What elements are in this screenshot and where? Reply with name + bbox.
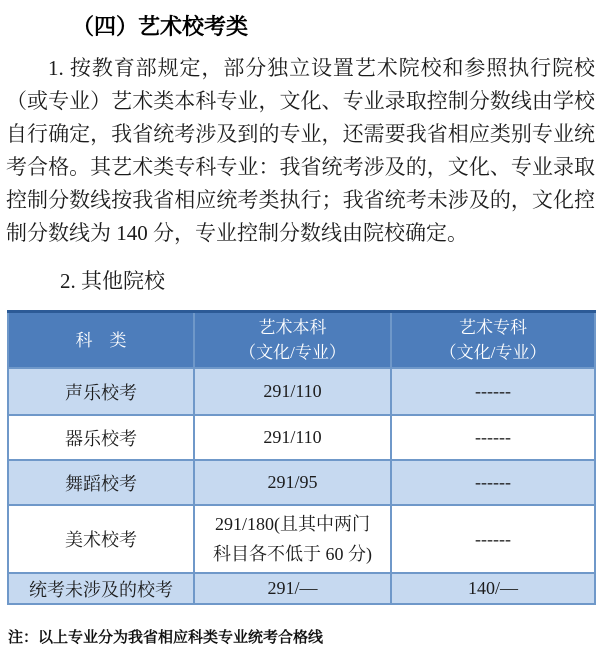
zhuanke-cell: ------ bbox=[391, 415, 595, 460]
category-cell: 统考未涉及的校考 bbox=[8, 573, 194, 604]
table-row: 统考未涉及的校考 291/— 140/— bbox=[8, 573, 595, 604]
zhuanke-cell: ------ bbox=[391, 460, 595, 505]
benke-cell: 291/110 bbox=[194, 415, 391, 460]
table-row: 舞蹈校考 291/95 ------ bbox=[8, 460, 595, 505]
subsection-heading: 2. 其他院校 bbox=[60, 265, 601, 295]
benke-cell: 291/180(且其中两门 科目各不低于 60 分) bbox=[194, 505, 391, 573]
header-benke-title: 艺术本科 bbox=[199, 315, 386, 340]
table-row: 器乐校考 291/110 ------ bbox=[8, 415, 595, 460]
benke-cell: 291/95 bbox=[194, 460, 391, 505]
header-benke-sub: （文化/专业） bbox=[199, 340, 386, 365]
header-category-label: 科 类 bbox=[13, 328, 189, 353]
footnote: 注：以上专业分为我省相应科类专业统考合格线 bbox=[8, 626, 601, 647]
header-zhuanke-title: 艺术专科 bbox=[396, 315, 590, 340]
policy-paragraph: 1. 按教育部规定，部分独立设置艺术院校和参照执行院校（或专业）艺术类本科专业，… bbox=[6, 52, 595, 250]
category-cell: 声乐校考 bbox=[8, 368, 194, 415]
table-body: 声乐校考 291/110 ------ 器乐校考 291/110 ------ … bbox=[8, 368, 595, 604]
table-row: 声乐校考 291/110 ------ bbox=[8, 368, 595, 415]
zhuanke-cell: ------ bbox=[391, 368, 595, 415]
benke-cell: 291/110 bbox=[194, 368, 391, 415]
category-cell: 器乐校考 bbox=[8, 415, 194, 460]
table-header-row: 科 类 艺术本科 （文化/专业） 艺术专科 （文化/专业） bbox=[8, 312, 595, 369]
category-cell: 舞蹈校考 bbox=[8, 460, 194, 505]
header-cell-category: 科 类 bbox=[8, 312, 194, 369]
table-row: 美术校考 291/180(且其中两门 科目各不低于 60 分) ------ bbox=[8, 505, 595, 573]
section-heading: （四）艺术校考类 bbox=[72, 10, 601, 41]
zhuanke-cell: 140/— bbox=[391, 573, 595, 604]
zhuanke-cell: ------ bbox=[391, 505, 595, 573]
category-cell: 美术校考 bbox=[8, 505, 194, 573]
header-cell-benke: 艺术本科 （文化/专业） bbox=[194, 312, 391, 369]
header-zhuanke-sub: （文化/专业） bbox=[396, 340, 590, 365]
document-page: （四）艺术校考类 1. 按教育部规定，部分独立设置艺术院校和参照执行院校（或专业… bbox=[0, 10, 601, 647]
score-line-table: 科 类 艺术本科 （文化/专业） 艺术专科 （文化/专业） 声乐校考 291/1… bbox=[7, 310, 596, 605]
table-header: 科 类 艺术本科 （文化/专业） 艺术专科 （文化/专业） bbox=[8, 312, 595, 369]
benke-cell: 291/— bbox=[194, 573, 391, 604]
header-cell-zhuanke: 艺术专科 （文化/专业） bbox=[391, 312, 595, 369]
